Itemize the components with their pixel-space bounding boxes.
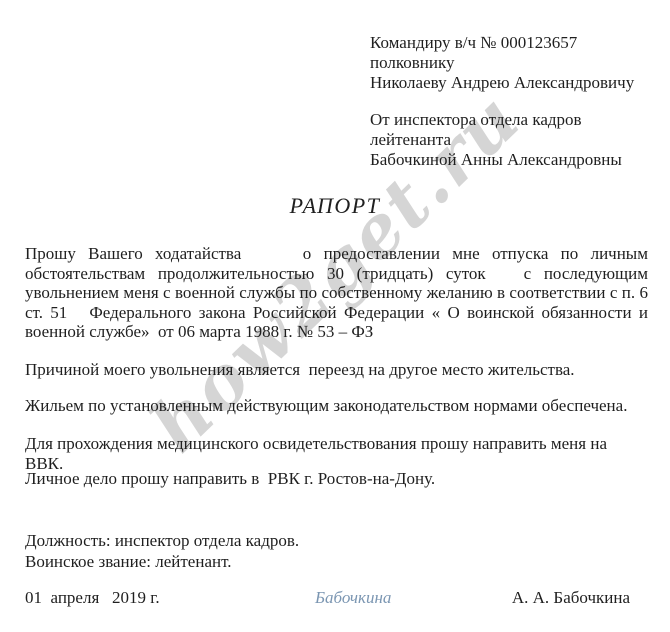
date-text: 01 апреля 2019 г. — [25, 588, 160, 608]
sender-line-rank: лейтенанта — [370, 130, 662, 150]
handwritten-signature: Бабочкина — [315, 588, 391, 608]
request-paragraph: Прошу Вашего ходатайства о предоставлени… — [25, 244, 648, 342]
personal-file-paragraph: Личное дело прошу направить в РВК г. Рос… — [25, 469, 648, 489]
recipient-line-commander: Командиру в/ч № 000123657 — [370, 33, 662, 53]
date-row: 01 апреля 2019 г. Бабочкина А. А. Бабочк… — [0, 588, 670, 610]
position-line: Должность: инспектор отдела кадров. — [25, 531, 648, 552]
sender-line-name: Бабочкиной Анны Александровны — [370, 150, 662, 170]
recipient-line-name: Николаеву Андрею Александровичу — [370, 73, 662, 93]
recipient-line-rank: полковнику — [370, 53, 662, 73]
reason-paragraph: Причиной моего увольнения является перее… — [25, 360, 648, 380]
signature-block: Должность: инспектор отдела кадров. Воин… — [25, 531, 648, 572]
rank-line: Воинское звание: лейтенант. — [25, 552, 648, 573]
document-page: how2get.ru Командиру в/ч № 000123657 пол… — [0, 0, 670, 632]
report-title: РАПОРТ — [0, 196, 670, 216]
medical-paragraph: Для прохождения медицинского освидетельс… — [25, 434, 648, 474]
sender-block: От инспектора отдела кадров лейтенанта Б… — [370, 110, 662, 170]
signature-name: А. А. Бабочкина — [512, 588, 630, 608]
document-content: Командиру в/ч № 000123657 полковнику Ник… — [0, 0, 670, 632]
recipient-block: Командиру в/ч № 000123657 полковнику Ник… — [370, 33, 662, 93]
housing-paragraph: Жильем по установленным действующим зако… — [25, 396, 648, 416]
sender-line-position: От инспектора отдела кадров — [370, 110, 662, 130]
